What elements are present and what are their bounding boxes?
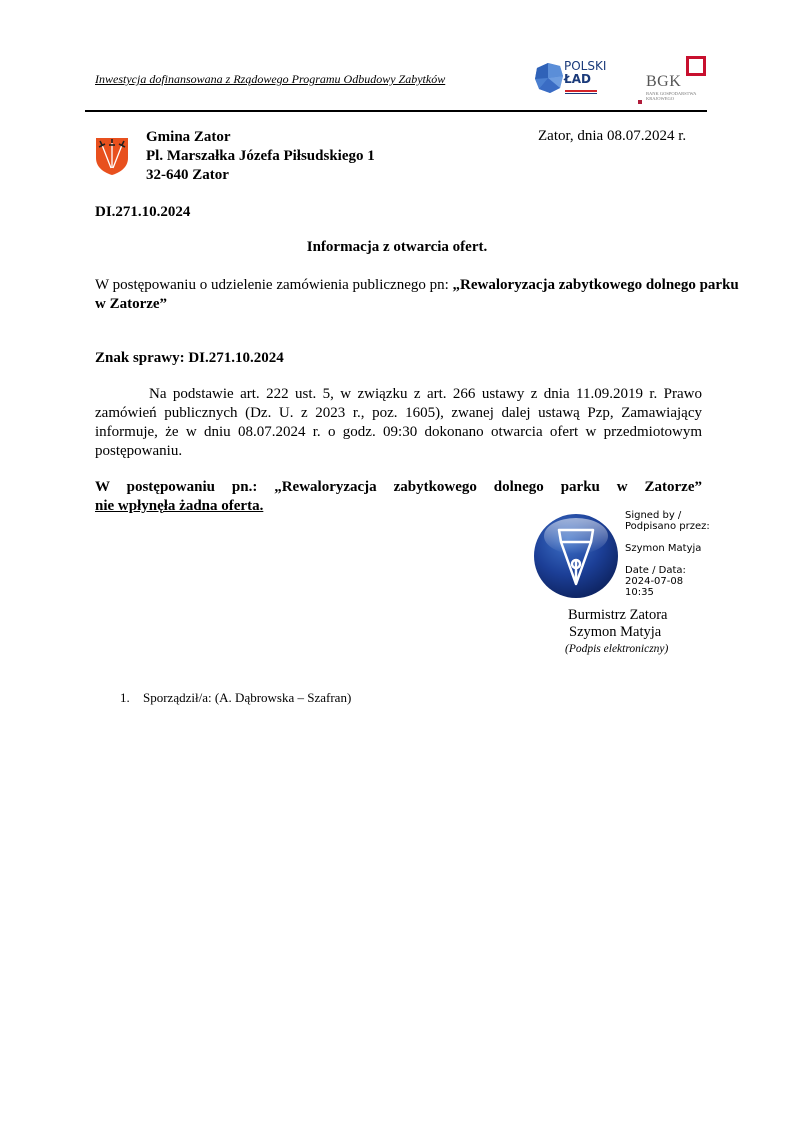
signer-name: Szymon Matyja (625, 543, 710, 554)
bgk-subtitle-line2: KRAJOWEGO (646, 96, 696, 101)
intro-paragraph: W postępowaniu o udzielenie zamówienia p… (95, 276, 745, 314)
reference-number: DI.271.10.2024 (95, 204, 190, 221)
body-paragraph: Na podstawie art. 222 ust. 5, w związku … (95, 385, 702, 461)
sender-address-line2: 32-640 Zator (146, 166, 375, 185)
coat-of-arms-icon (95, 136, 129, 176)
signed-by-label-1: Signed by / (625, 510, 710, 521)
sender-block: Gmina Zator Pl. Marszałka Józefa Piłsuds… (146, 128, 375, 185)
document-title: Informacja z otwarcia ofert. (0, 239, 794, 256)
body-text: Na podstawie art. 222 ust. 5, w związku … (95, 386, 702, 459)
bgk-name: BGK (646, 73, 681, 91)
signature-details: Signed by / Podpisano przez: Szymon Maty… (625, 510, 710, 598)
conclusion: W postępowaniu pn.: „Rewaloryzacja zabyt… (95, 478, 702, 516)
document-date: Zator, dnia 08.07.2024 r. (538, 128, 686, 145)
bgk-subtitle: BANK GOSPODARSTWA KRAJOWEGO (646, 91, 696, 101)
signature-date: 2024-07-08 (625, 576, 710, 587)
poland-map-icon (534, 62, 564, 94)
sender-name: Gmina Zator (146, 128, 375, 147)
case-number: Znak sprawy: DI.271.10.2024 (95, 350, 284, 367)
logo-blue-bar (565, 93, 597, 94)
signatory-note: (Podpis elektroniczny) (565, 641, 668, 658)
signed-by-label-2: Podpisano przez: (625, 521, 710, 532)
bgk-dot-icon (638, 100, 642, 104)
list-item: 1.Sporządził/a: (A. Dąbrowska – Szafran) (120, 690, 351, 706)
signatory-name: Szymon Matyja (568, 624, 668, 641)
footer-list: 1.Sporządził/a: (A. Dąbrowska – Szafran) (120, 690, 351, 706)
header-divider (85, 110, 707, 112)
signatory-block: Burmistrz Zatora Szymon Matyja (Podpis e… (568, 607, 668, 658)
signatory-title: Burmistrz Zatora (568, 607, 668, 624)
sender-address-line1: Pl. Marszałka Józefa Piłsudskiego 1 (146, 147, 375, 166)
signature-time: 10:35 (625, 587, 710, 598)
conclusion-line1: W postępowaniu pn.: „Rewaloryzacja zabyt… (95, 478, 702, 497)
funding-note: Inwestycja dofinansowana z Rządowego Pro… (95, 72, 445, 87)
logo-red-bar (565, 90, 597, 92)
bgk-square-icon (686, 56, 706, 76)
polski-lad-logo: POLSKI ŁAD (534, 60, 624, 100)
fountain-pen-icon (532, 512, 620, 600)
list-number: 1. (120, 690, 143, 706)
intro-prefix: W postępowaniu o udzielenie zamówienia p… (95, 277, 453, 293)
date-label: Date / Data: (625, 565, 710, 576)
polski-lad-line2: ŁAD (564, 73, 606, 86)
list-text: Sporządził/a: (A. Dąbrowska – Szafran) (143, 690, 351, 705)
bgk-logo: BGK BANK GOSPODARSTWA KRAJOWEGO (636, 56, 711, 108)
